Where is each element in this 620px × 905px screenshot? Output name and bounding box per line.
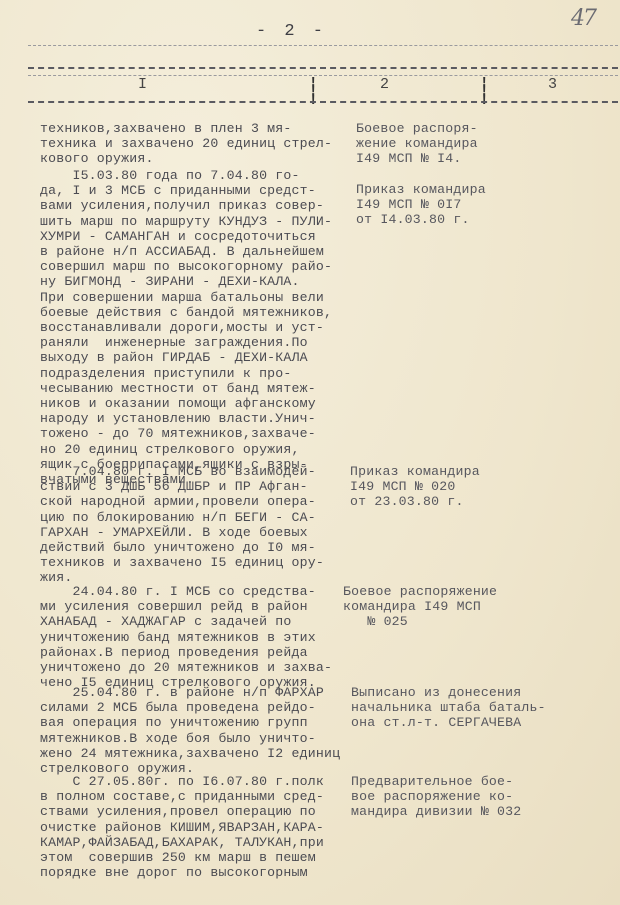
entry-text: техников,захвачено в плен 3 мя- техника … xyxy=(40,121,332,167)
entry-text: 25.04.80 г. в районе н/п ФАРХАР силами 2… xyxy=(40,685,340,776)
table-top-rule xyxy=(28,67,618,69)
column-header-2: 2 xyxy=(380,76,389,93)
entry-source: Боевое распоря- жение командира I49 МСП … xyxy=(356,121,478,167)
entry-source: Выписано из донесения начальника штаба б… xyxy=(351,685,546,731)
document-page: 47 - 2 - I 2 3 !!! !!! техников,захвачен… xyxy=(0,0,620,905)
column-header-3: 3 xyxy=(548,76,557,93)
table-header-bottom-rule xyxy=(28,101,618,103)
entry-source: Предварительное бое- вое распоряжение ко… xyxy=(351,774,521,820)
folio-number: 47 xyxy=(571,6,595,31)
column-header-1: I xyxy=(138,76,147,93)
table-top-rule-light xyxy=(28,75,618,76)
page-number: - 2 - xyxy=(256,22,327,41)
entry-source: Боевое распоряжение командира I49 МСП № … xyxy=(343,584,497,630)
entry-text: 7.04.80 г. I МСБ во взаимодей- ствии с 3… xyxy=(40,464,324,586)
entry-text: С 27.05.80г. по I6.07.80 г.полк в полном… xyxy=(40,774,324,880)
entry-text: 24.04.80 г. I МСБ со средства- ми усилен… xyxy=(40,584,332,690)
entry-text: I5.03.80 года по 7.04.80 го- да, I и 3 М… xyxy=(40,168,332,487)
entry-source: Приказ командира I49 МСП № 0I7 от I4.03.… xyxy=(356,182,486,228)
entry-source: Приказ командира I49 МСП № 020 от 23.03.… xyxy=(350,464,480,510)
header-rule xyxy=(28,45,618,46)
